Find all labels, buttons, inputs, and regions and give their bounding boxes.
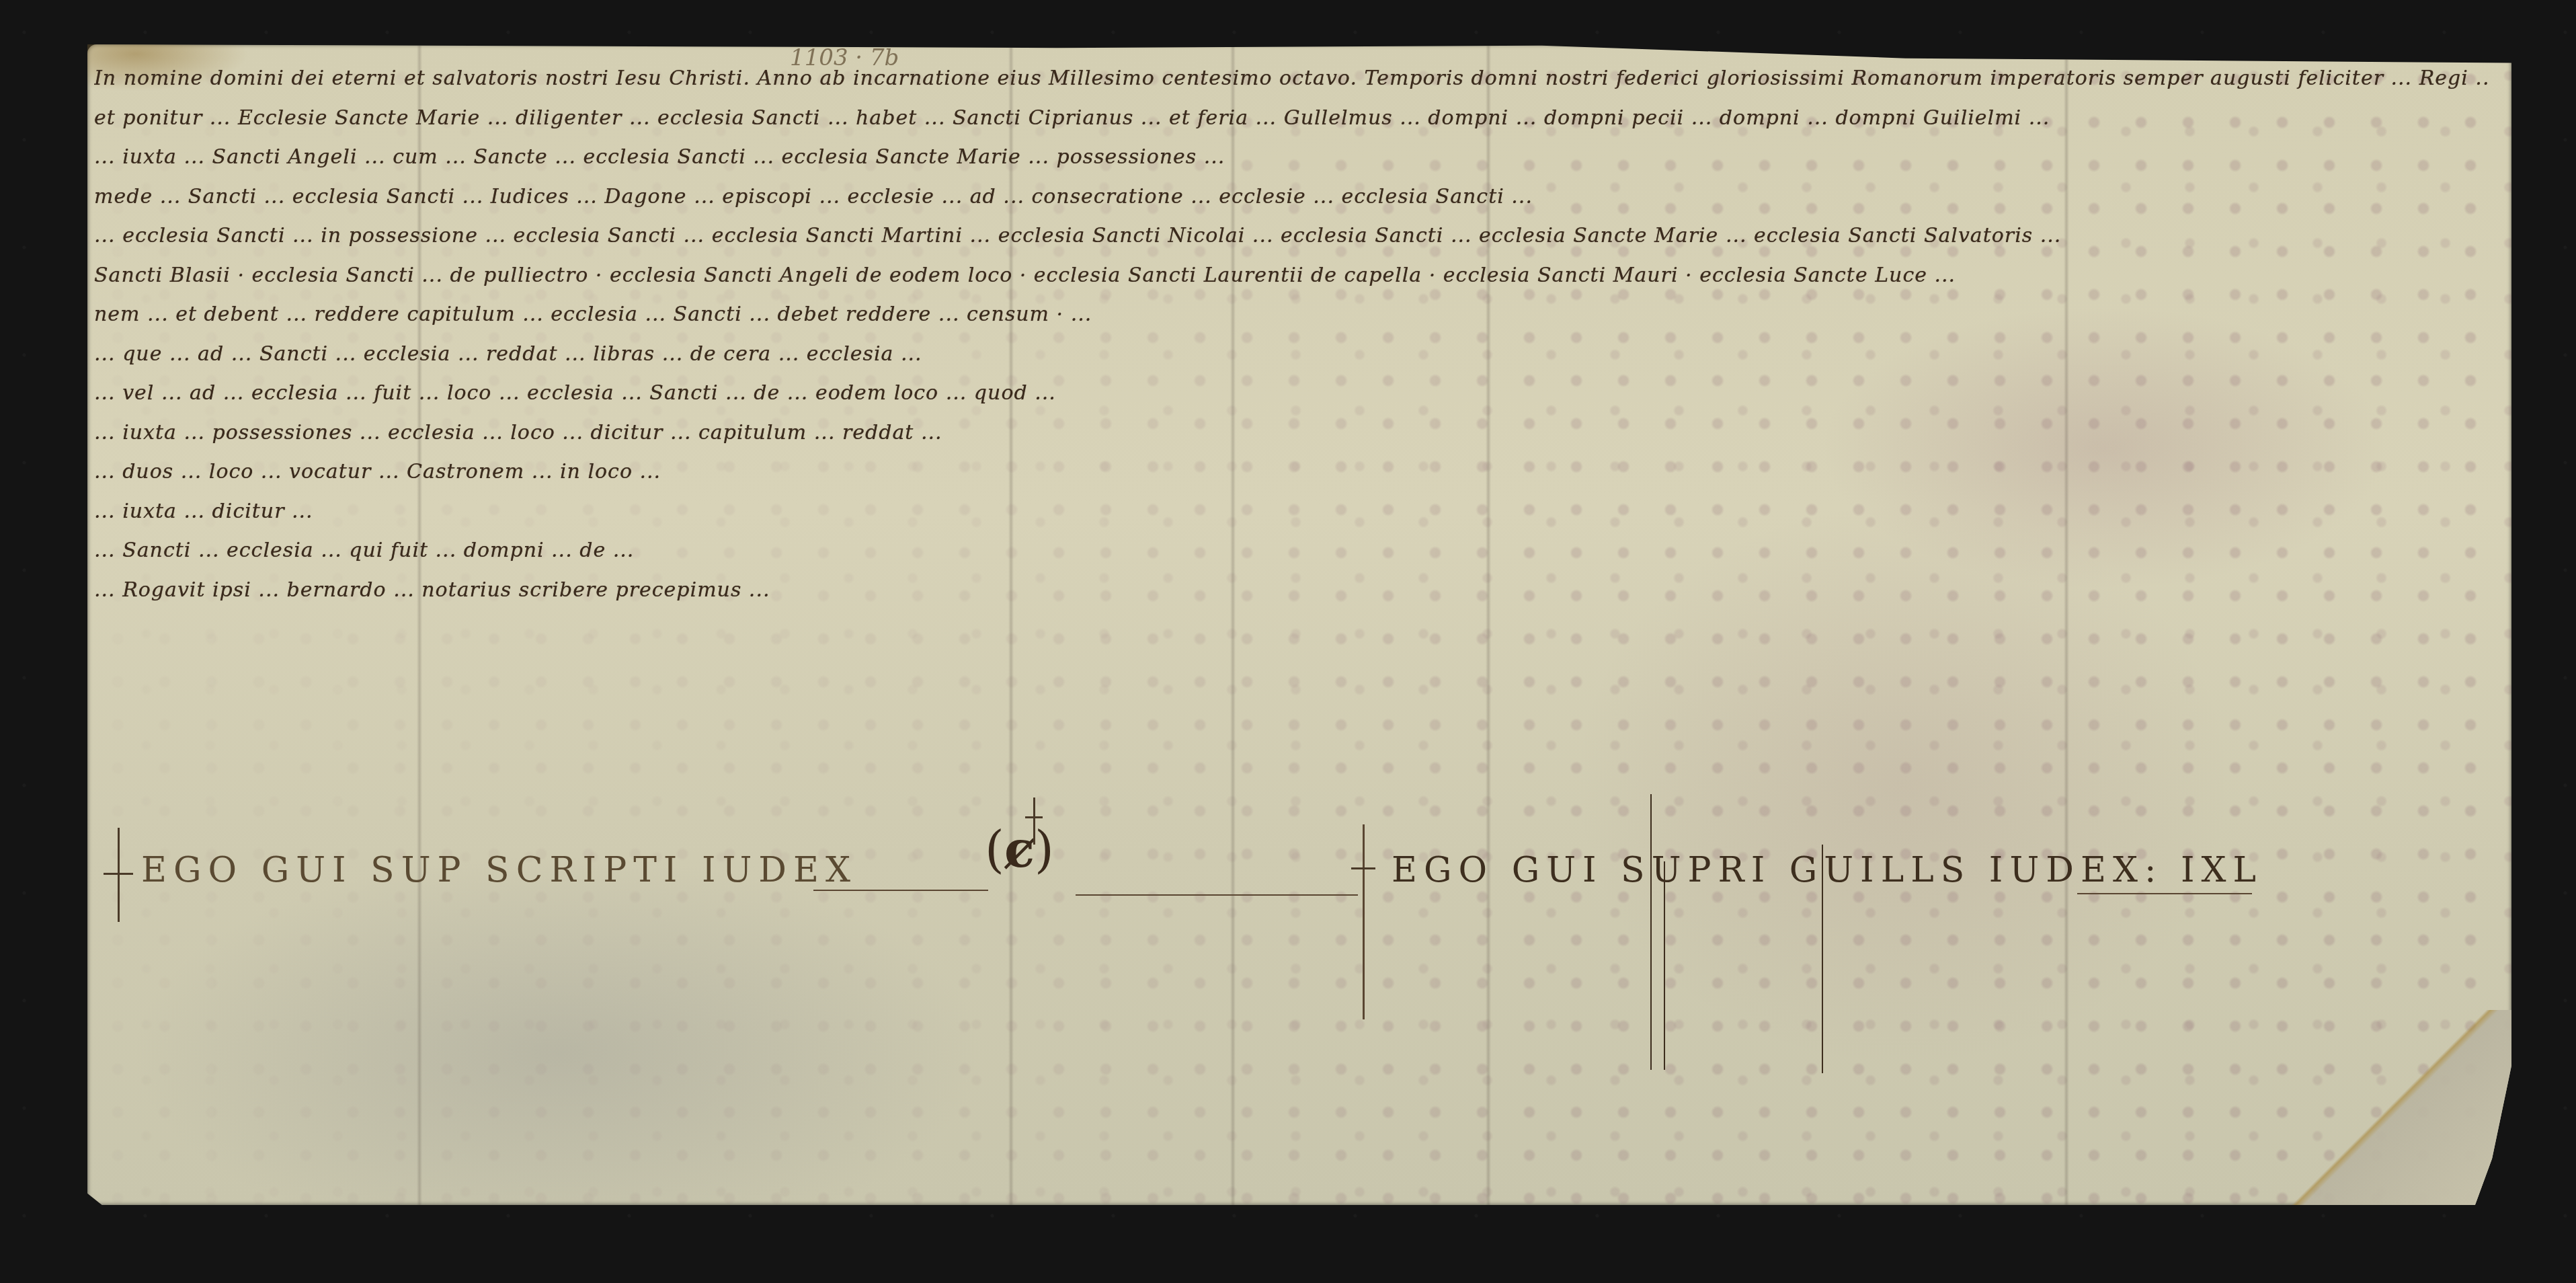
text-line: ... duos ... loco ... vocatur ... Castro… (94, 453, 2487, 492)
text-line: ... iuxta ... dicitur ... (94, 492, 2487, 532)
ascender-stroke (1664, 861, 1665, 1070)
ruling-line (2077, 893, 2252, 894)
ascender-stroke (1822, 845, 1823, 1073)
cross-icon (104, 828, 133, 922)
text-line: ... iuxta ... Sancti Angeli ... cum ... … (94, 138, 2487, 178)
notarial-sign: (ȼ) (985, 821, 1054, 879)
text-line: ... iuxta ... possessiones ... ecclesia … (94, 414, 2487, 453)
parchment-charter: 1103 · 7b In nomine domini dei eterni et… (87, 44, 2511, 1205)
cross-icon (1025, 798, 1043, 845)
text-line: Sancti Blasii · ecclesia Sancti ... de p… (94, 256, 2487, 296)
text-line: ... Rogavit ipsi ... bernardo ... notari… (94, 571, 2487, 611)
text-line: ... que ... ad ... Sancti ... ecclesia .… (94, 335, 2487, 375)
subscription-1: EGO GUI SUP SCRIPTI IUDEX (141, 850, 857, 890)
ruling-line (813, 890, 988, 891)
ascender-stroke (1650, 794, 1652, 1070)
text-line: ... Sancti ... ecclesia ... qui fuit ...… (94, 531, 2487, 571)
text-line: et ponitur ... Ecclesie Sancte Marie ...… (94, 99, 2487, 139)
text-line: In nomine domini dei eterni et salvatori… (94, 59, 2487, 99)
cross-icon (1351, 824, 1375, 1019)
text-line: ... ecclesia Sancti ... in possessione .… (94, 217, 2487, 256)
ruling-line (1076, 894, 1358, 896)
subscriptions: EGO GUI SUP SCRIPTI IUDEX (ȼ) EGO GUI SU… (87, 798, 2511, 1080)
subscription-2: EGO GUI SUPRI GUILLS IUDEX: IXL (1392, 850, 2263, 890)
text-line: ... vel ... ad ... ecclesia ... fuit ...… (94, 374, 2487, 414)
text-line: mede ... Sancti ... ecclesia Sancti ... … (94, 178, 2487, 217)
text-line: nem ... et debent ... reddere capitulum … (94, 295, 2487, 335)
charter-text: In nomine domini dei eterni et salvatori… (94, 59, 2487, 610)
